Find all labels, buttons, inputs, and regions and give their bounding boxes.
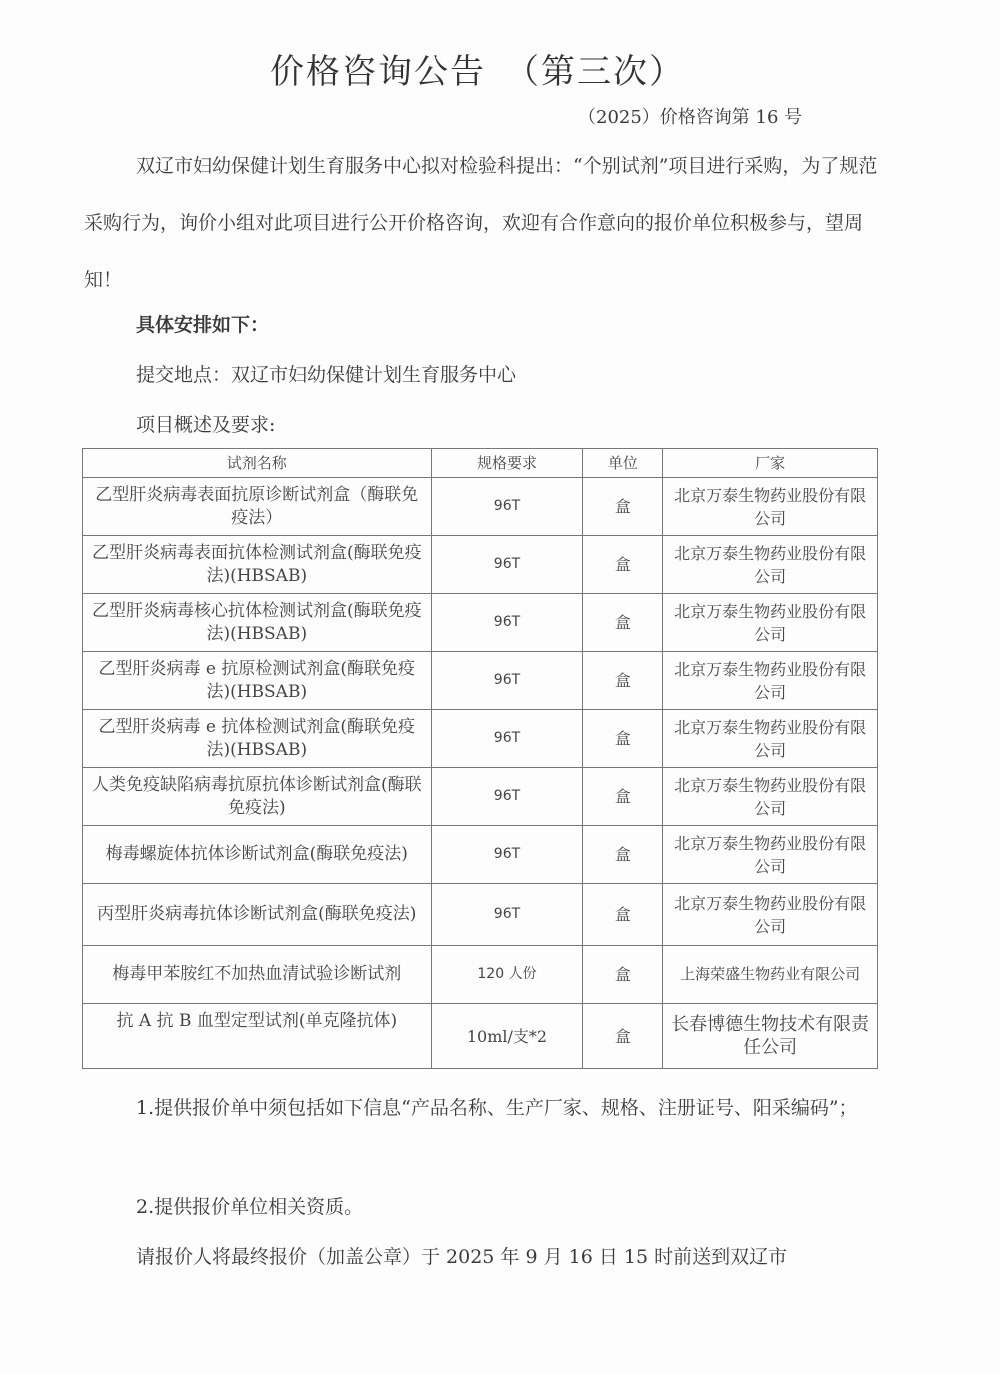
table-row: 乙型肝炎病毒表面抗原诊断试剂盒（酶联免疫法） 96T 盒 北京万泰生物药业股份有… (83, 478, 878, 536)
reagent-vendor: 北京万泰生物药业股份有限公司 (663, 768, 878, 826)
header-reagent-name: 试剂名称 (83, 449, 432, 478)
reagent-vendor: 长春博德生物技术有限责任公司 (663, 1004, 878, 1069)
reagent-unit: 盒 (583, 946, 663, 1004)
requirement-2: 2.提供报价单位相关资质。 (136, 1192, 363, 1219)
table-row: 乙型肝炎病毒表面抗体检测试剂盒(酶联免疫法)(HBSAB) 96T 盒 北京万泰… (83, 536, 878, 594)
reagent-name: 丙型肝炎病毒抗体诊断试剂盒(酶联免疫法) (83, 884, 432, 946)
reagent-vendor: 北京万泰生物药业股份有限公司 (663, 884, 878, 946)
reagent-spec: 96T (431, 826, 583, 884)
reagent-name: 乙型肝炎病毒表面抗体检测试剂盒(酶联免疫法)(HBSAB) (83, 536, 432, 594)
reagent-unit: 盒 (583, 652, 663, 710)
table-row: 梅毒螺旋体抗体诊断试剂盒(酶联免疫法) 96T 盒 北京万泰生物药业股份有限公司 (83, 826, 878, 884)
submission-location: 提交地点：双辽市妇幼保健计划生育服务中心 (136, 360, 516, 387)
reagent-name: 乙型肝炎病毒 e 抗原检测试剂盒(酶联免疫法)(HBSAB) (83, 652, 432, 710)
reagent-vendor: 北京万泰生物药业股份有限公司 (663, 536, 878, 594)
reagent-name: 乙型肝炎病毒 e 抗体检测试剂盒(酶联免疫法)(HBSAB) (83, 710, 432, 768)
reagent-vendor: 北京万泰生物药业股份有限公司 (663, 710, 878, 768)
reagent-name: 抗 A 抗 B 血型定型试剂(单克隆抗体) (83, 1004, 432, 1069)
document-number: （2025）价格咨询第 16 号 (578, 103, 802, 129)
reagent-unit: 盒 (583, 768, 663, 826)
reagent-spec: 96T (431, 710, 583, 768)
table-row: 丙型肝炎病毒抗体诊断试剂盒(酶联免疫法) 96T 盒 北京万泰生物药业股份有限公… (83, 884, 878, 946)
overview-heading: 项目概述及要求: (136, 410, 275, 437)
reagent-name: 人类免疫缺陷病毒抗原抗体诊断试剂盒(酶联免疫法) (83, 768, 432, 826)
table-row: 抗 A 抗 B 血型定型试剂(单克隆抗体) 10ml/支*2 盒 长春博德生物技… (83, 1004, 878, 1069)
table-row: 梅毒甲苯胺红不加热血清试验诊断试剂 120 人份 盒 上海荣盛生物药业有限公司 (83, 946, 878, 1004)
reagent-unit: 盒 (583, 884, 663, 946)
header-unit: 单位 (583, 449, 663, 478)
requirement-1: 1.提供报价单中须包括如下信息“产品名称、生产厂家、规格、注册证号、阳采编码”； (84, 1080, 884, 1137)
reagent-vendor: 北京万泰生物药业股份有限公司 (663, 652, 878, 710)
reagent-unit: 盒 (583, 594, 663, 652)
table-row: 人类免疫缺陷病毒抗原抗体诊断试剂盒(酶联免疫法) 96T 盒 北京万泰生物药业股… (83, 768, 878, 826)
table-header-row: 试剂名称 规格要求 单位 厂家 (83, 449, 878, 478)
reagent-vendor: 北京万泰生物药业股份有限公司 (663, 478, 878, 536)
reagent-spec: 120 人份 (431, 946, 583, 1004)
reagent-spec: 96T (431, 768, 583, 826)
reagent-name: 梅毒螺旋体抗体诊断试剂盒(酶联免疫法) (83, 826, 432, 884)
reagent-unit: 盒 (583, 710, 663, 768)
reagent-name: 梅毒甲苯胺红不加热血清试验诊断试剂 (83, 946, 432, 1004)
reagent-spec: 96T (431, 478, 583, 536)
reagent-spec: 96T (431, 884, 583, 946)
table-row: 乙型肝炎病毒核心抗体检测试剂盒(酶联免疫法)(HBSAB) 96T 盒 北京万泰… (83, 594, 878, 652)
reagent-spec: 96T (431, 536, 583, 594)
table-row: 乙型肝炎病毒 e 抗体检测试剂盒(酶联免疫法)(HBSAB) 96T 盒 北京万… (83, 710, 878, 768)
reagent-unit: 盒 (583, 1004, 663, 1069)
reagent-name: 乙型肝炎病毒核心抗体检测试剂盒(酶联免疫法)(HBSAB) (83, 594, 432, 652)
intro-paragraph: 双辽市妇幼保健计划生育服务中心拟对检验科提出：“个别试剂”项目进行采购，为了规范… (84, 138, 884, 309)
reagent-vendor: 上海荣盛生物药业有限公司 (663, 946, 878, 1004)
reagent-spec: 10ml/支*2 (431, 1004, 583, 1069)
document-title: 价格咨询公告 （第三次） (270, 44, 685, 93)
reagent-unit: 盒 (583, 478, 663, 536)
reagent-unit: 盒 (583, 826, 663, 884)
arrangement-heading: 具体安排如下： (136, 310, 269, 337)
reagent-vendor: 北京万泰生物药业股份有限公司 (663, 594, 878, 652)
reagent-spec: 96T (431, 594, 583, 652)
header-spec: 规格要求 (431, 449, 583, 478)
header-vendor: 厂家 (663, 449, 878, 478)
reagent-spec: 96T (431, 652, 583, 710)
reagent-table: 试剂名称 规格要求 单位 厂家 乙型肝炎病毒表面抗原诊断试剂盒（酶联免疫法） 9… (82, 448, 878, 1069)
reagent-name: 乙型肝炎病毒表面抗原诊断试剂盒（酶联免疫法） (83, 478, 432, 536)
table-row: 乙型肝炎病毒 e 抗原检测试剂盒(酶联免疫法)(HBSAB) 96T 盒 北京万… (83, 652, 878, 710)
reagent-vendor: 北京万泰生物药业股份有限公司 (663, 826, 878, 884)
reagent-unit: 盒 (583, 536, 663, 594)
deadline-text: 请报价人将最终报价（加盖公章）于 2025 年 9 月 16 日 15 时前送到… (136, 1242, 787, 1269)
